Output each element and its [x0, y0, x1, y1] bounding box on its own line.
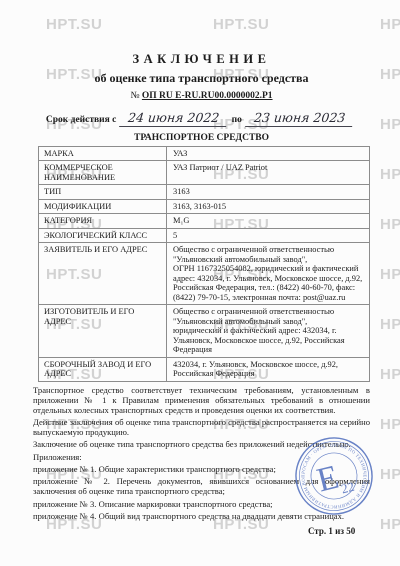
document-subtitle: об оценке типа транспортного средства: [33, 71, 370, 85]
paragraph-validity-scope: Действие заключения об оценке типа транс…: [33, 418, 370, 438]
row-label: КОММЕРЧЕСКОЕ НАИМЕНОВАНИЕ: [39, 161, 167, 184]
row-value: 5: [167, 229, 369, 243]
row-value: Общество с ограниченной ответственностью…: [167, 243, 369, 304]
row-label: ИЗГОТОВИТЕЛЬ И ЕГО АДРЕС: [39, 305, 167, 357]
row-value: УАЗ Патриот / UAZ Patriot: [167, 161, 369, 184]
validity-date-to: 23 июня 2023: [245, 110, 354, 127]
table-row-applicant: ЗАЯВИТЕЛЬ И ЕГО АДРЕС Общество с огранич…: [39, 243, 369, 305]
row-label: ЭКОЛОГИЧЕСКИЙ КЛАСС: [39, 229, 167, 243]
row-label: ТИП: [39, 185, 167, 199]
row-label: СБОРОЧНЫЙ ЗАВОД И ЕГО АДРЕС: [39, 358, 167, 381]
table-row-assembly-plant: СБОРОЧНЫЙ ЗАВОД И ЕГО АДРЕС 432034, г. У…: [39, 358, 369, 381]
paragraph-conformity: Транспортное средство соответствует техн…: [33, 386, 370, 416]
validity-to-label: по: [232, 115, 242, 127]
validity-line: Срок действия с 24 июня 2022 по 23 июня …: [33, 109, 370, 127]
document-page: HPT.SUHPT.SUHPT.SUHPT.SUHPT.SUHPT.SUHPT.…: [0, 0, 400, 566]
stamp-number-22: 22: [340, 479, 356, 497]
row-value: 3163: [167, 185, 369, 199]
document-number-line: № ОП RU E-RU.RU00.0000002.P1: [33, 91, 370, 102]
table-row-marka: МАРКА УАЗ: [39, 147, 369, 162]
row-label: МАРКА: [39, 147, 167, 161]
document-number-prefix: №: [130, 91, 139, 101]
row-value: 3163, 3163-015: [167, 200, 369, 214]
document-number: ОП RU E-RU.RU00.0000002.P1: [142, 91, 273, 101]
validity-date-from: 24 июня 2022: [119, 110, 228, 127]
vehicle-table: МАРКА УАЗ КОММЕРЧЕСКОЕ НАИМЕНОВАНИЕ УАЗ …: [38, 146, 370, 382]
document-title: ЗАКЛЮЧЕНИЕ: [33, 52, 370, 67]
page-number: Стр. 1 из 50: [308, 526, 355, 536]
table-row-manufacturer: ИЗГОТОВИТЕЛЬ И ЕГО АДРЕС Общество с огра…: [39, 305, 369, 358]
row-label: КАТЕГОРИЯ: [39, 214, 167, 228]
table-row-modifications: МОДИФИКАЦИИ 3163, 3163-015: [39, 200, 369, 215]
row-value: УАЗ: [167, 147, 369, 161]
row-value: Общество с ограниченной ответственностью…: [167, 305, 369, 357]
row-label: МОДИФИКАЦИИ: [39, 200, 167, 214]
table-row-eco-class: ЭКОЛОГИЧЕСКИЙ КЛАСС 5: [39, 229, 369, 244]
table-row-type: ТИП 3163: [39, 185, 369, 200]
table-row-commercial-name: КОММЕРЧЕСКОЕ НАИМЕНОВАНИЕ УАЗ Патриот / …: [39, 161, 369, 185]
row-value: 432034, г. Ульяновск, Московское шоссе, …: [167, 358, 369, 381]
stamp-letter-e: E: [313, 459, 342, 500]
vehicle-table-title: ТРАНСПОРТНОЕ СРЕДСТВО: [33, 133, 370, 144]
validity-prefix-label: Срок действия с: [46, 115, 116, 127]
row-value: M₁G: [167, 214, 369, 228]
row-label: ЗАЯВИТЕЛЬ И ЕГО АДРЕС: [39, 243, 167, 304]
table-row-category: КАТЕГОРИЯ M₁G: [39, 214, 369, 229]
